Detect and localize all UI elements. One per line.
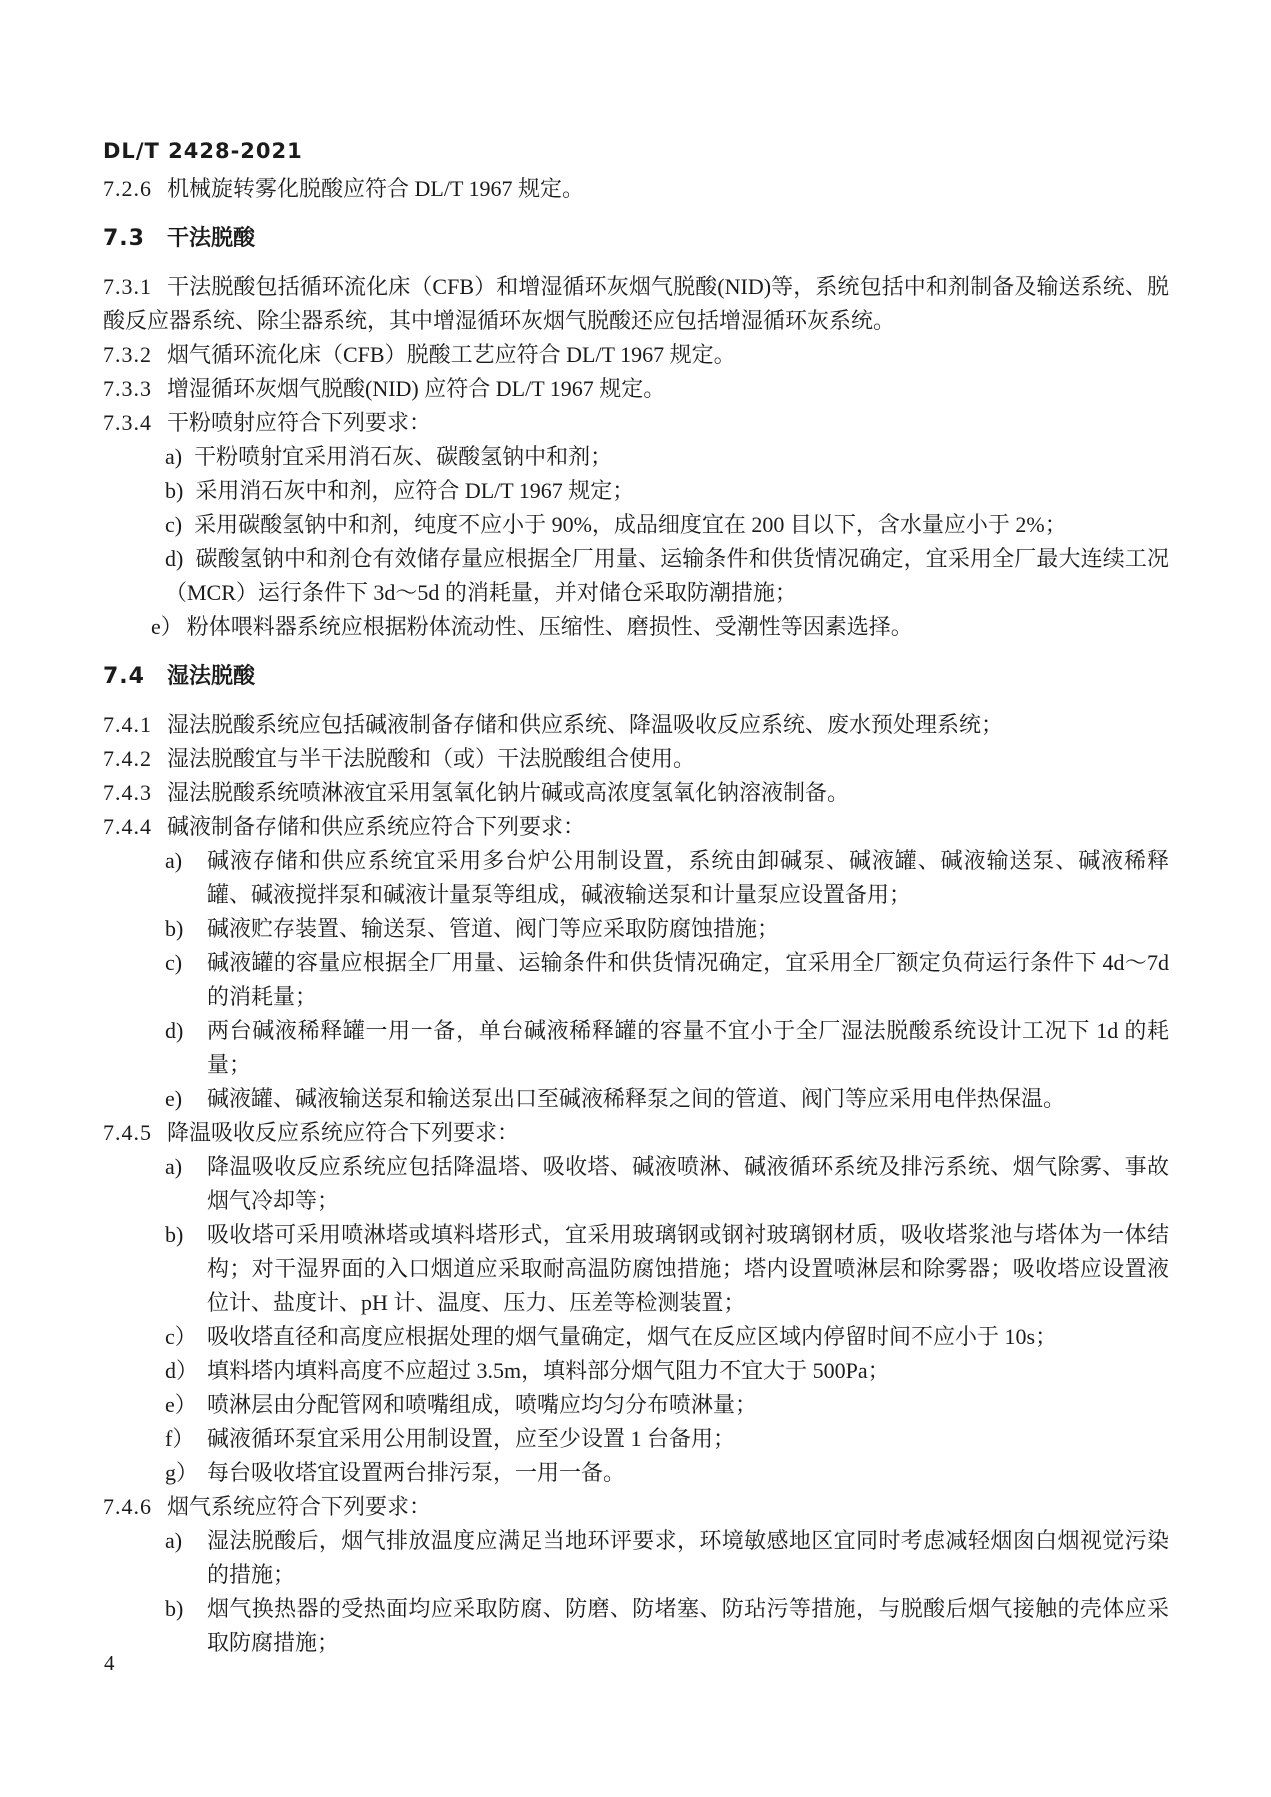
clause-paragraph: 7.3.4干粉喷射应符合下列要求： — [103, 406, 1169, 440]
list-item: e)碱液罐、碱液输送泵和输送泵出口至碱液稀释泵之间的管道、阀门等应采用电伴热保温… — [103, 1082, 1169, 1116]
standard-code: DL/T 2428-2021 — [103, 138, 1169, 164]
list-item: c)采用碳酸氢钠中和剂，纯度不应小于 90%，成品细度宜在 200 目以下，含水… — [103, 508, 1169, 542]
list-item-label: e） — [151, 614, 183, 639]
page-number: 4 — [104, 1650, 115, 1676]
document-body: 7.2.6机械旋转雾化脱酸应符合 DL/T 1967 规定。7.3干法脱酸7.3… — [103, 172, 1169, 1660]
section-title: 干法脱酸 — [167, 226, 255, 251]
list-item-text: 干粉喷射宜采用消石灰、碳酸氢钠中和剂； — [194, 444, 612, 469]
clause-number: 7.2.6 — [103, 172, 167, 206]
list-item-text: 喷淋层由分配管网和喷嘴组成，喷嘴应均匀分布喷淋量； — [207, 1388, 1169, 1422]
list-item-text: 吸收塔直径和高度应根据处理的烟气量确定，烟气在反应区域内停留时间不应小于 10s… — [207, 1320, 1169, 1354]
list-item-text: 每台吸收塔宜设置两台排污泵，一用一备。 — [207, 1456, 1169, 1490]
list-item-label: c) — [165, 946, 207, 1014]
list-item-text: 降温吸收反应系统应包括降温塔、吸收塔、碱液喷淋、碱液循环系统及排污系统、烟气除雾… — [207, 1150, 1169, 1218]
clause-paragraph: 7.3.2烟气循环流化床（CFB）脱酸工艺应符合 DL/T 1967 规定。 — [103, 338, 1169, 372]
list-item-label: a) — [165, 444, 182, 469]
clause-paragraph: 7.3.1干法脱酸包括循环流化床（CFB）和增湿循环灰烟气脱酸(NID)等，系统… — [103, 270, 1169, 338]
clause-paragraph: 7.4.6烟气系统应符合下列要求： — [103, 1490, 1169, 1524]
section-number: 7.4 — [103, 660, 167, 694]
clause-text: 湿法脱酸系统喷淋液宜采用氢氧化钠片碱或高浓度氢氧化钠溶液制备。 — [167, 780, 849, 805]
document-page: DL/T 2428-2021 7.2.6机械旋转雾化脱酸应符合 DL/T 196… — [0, 0, 1271, 1797]
list-item: d）填料塔内填料高度不应超过 3.5m，填料部分烟气阻力不宜大于 500Pa； — [103, 1354, 1169, 1388]
list-item: a)碱液存储和供应系统宜采用多台炉公用制设置，系统由卸碱泵、碱液罐、碱液输送泵、… — [103, 844, 1169, 912]
list-item: a)降温吸收反应系统应包括降温塔、吸收塔、碱液喷淋、碱液循环系统及排污系统、烟气… — [103, 1150, 1169, 1218]
clause-paragraph: 7.4.4碱液制备存储和供应系统应符合下列要求： — [103, 810, 1169, 844]
list-item-text: 湿法脱酸后，烟气排放温度应满足当地环评要求，环境敏感地区宜同时考虑减轻烟囱白烟视… — [207, 1524, 1169, 1592]
clause-number: 7.4.2 — [103, 742, 167, 776]
list-item-text: 碱液存储和供应系统宜采用多台炉公用制设置，系统由卸碱泵、碱液罐、碱液输送泵、碱液… — [207, 844, 1169, 912]
list-item-label: b) — [165, 912, 207, 946]
list-item: c)碱液罐的容量应根据全厂用量、运输条件和供货情况确定，宜采用全厂额定负荷运行条… — [103, 946, 1169, 1014]
clause-paragraph: 7.4.1湿法脱酸系统应包括碱液制备存储和供应系统、降温吸收反应系统、废水预处理… — [103, 708, 1169, 742]
clause-text: 机械旋转雾化脱酸应符合 DL/T 1967 规定。 — [167, 176, 584, 201]
list-item-label: a) — [165, 1524, 207, 1592]
list-item: d)碳酸氢钠中和剂仓有效储存量应根据全厂用量、运输条件和供货情况确定，宜采用全厂… — [103, 542, 1169, 610]
list-item: g）每台吸收塔宜设置两台排污泵，一用一备。 — [103, 1456, 1169, 1490]
list-item-text: 碳酸氢钠中和剂仓有效储存量应根据全厂用量、运输条件和供货情况确定，宜采用全厂最大… — [165, 546, 1169, 605]
list-item-label: d) — [165, 546, 183, 571]
list-item-text: 碱液罐、碱液输送泵和输送泵出口至碱液稀释泵之间的管道、阀门等应采用电伴热保温。 — [207, 1082, 1169, 1116]
clause-number: 7.4.1 — [103, 708, 167, 742]
list-item: a)湿法脱酸后，烟气排放温度应满足当地环评要求，环境敏感地区宜同时考虑减轻烟囱白… — [103, 1524, 1169, 1592]
list-item: c）吸收塔直径和高度应根据处理的烟气量确定，烟气在反应区域内停留时间不应小于 1… — [103, 1320, 1169, 1354]
list-item: f）碱液循环泵宜采用公用制设置，应至少设置 1 台备用； — [103, 1422, 1169, 1456]
list-item-text: 填料塔内填料高度不应超过 3.5m，填料部分烟气阻力不宜大于 500Pa； — [207, 1354, 1169, 1388]
clause-text: 湿法脱酸宜与半干法脱酸和（或）干法脱酸组合使用。 — [167, 746, 695, 771]
list-item-label: a) — [165, 844, 207, 912]
clause-number: 7.3.1 — [103, 270, 167, 304]
list-item: b)采用消石灰中和剂，应符合 DL/T 1967 规定； — [103, 474, 1169, 508]
clause-number: 7.4.3 — [103, 776, 167, 810]
clause-paragraph: 7.2.6机械旋转雾化脱酸应符合 DL/T 1967 规定。 — [103, 172, 1169, 206]
clause-text: 烟气循环流化床（CFB）脱酸工艺应符合 DL/T 1967 规定。 — [167, 342, 736, 367]
list-item-label: b) — [165, 1218, 207, 1320]
document-content: DL/T 2428-2021 7.2.6机械旋转雾化脱酸应符合 DL/T 196… — [103, 138, 1169, 1660]
clause-text: 烟气系统应符合下列要求： — [167, 1494, 431, 1519]
clause-text: 碱液制备存储和供应系统应符合下列要求： — [167, 814, 585, 839]
list-item-label: d） — [165, 1354, 207, 1388]
list-item-text: 采用消石灰中和剂，应符合 DL/T 1967 规定； — [195, 478, 634, 503]
list-item-text: 碱液循环泵宜采用公用制设置，应至少设置 1 台备用； — [207, 1422, 1169, 1456]
list-item-label: g） — [165, 1456, 207, 1490]
clause-number: 7.4.6 — [103, 1490, 167, 1524]
clause-paragraph: 7.4.2湿法脱酸宜与半干法脱酸和（或）干法脱酸组合使用。 — [103, 742, 1169, 776]
clause-text: 增湿循环灰烟气脱酸(NID) 应符合 DL/T 1967 规定。 — [167, 376, 665, 401]
list-item-label: c) — [165, 512, 182, 537]
list-item: e）粉体喂料器系统应根据粉体流动性、压缩性、磨损性、受潮性等因素选择。 — [103, 610, 1169, 644]
clause-paragraph: 7.4.3湿法脱酸系统喷淋液宜采用氢氧化钠片碱或高浓度氢氧化钠溶液制备。 — [103, 776, 1169, 810]
list-item-label: c） — [165, 1320, 207, 1354]
clause-number: 7.4.4 — [103, 810, 167, 844]
clause-text: 干法脱酸包括循环流化床（CFB）和增湿循环灰烟气脱酸(NID)等，系统包括中和剂… — [103, 274, 1169, 333]
list-item-label: f） — [165, 1422, 207, 1456]
list-item-label: d) — [165, 1014, 207, 1082]
list-item-label: e) — [165, 1082, 207, 1116]
list-item-text: 采用碳酸氢钠中和剂，纯度不应小于 90%，成品细度宜在 200 目以下，含水量应… — [194, 512, 1067, 537]
clause-text: 干粉喷射应符合下列要求： — [167, 410, 431, 435]
list-item: e）喷淋层由分配管网和喷嘴组成，喷嘴应均匀分布喷淋量； — [103, 1388, 1169, 1422]
list-item-label: b) — [165, 478, 183, 503]
clause-text: 降温吸收反应系统应符合下列要求： — [167, 1120, 519, 1145]
clause-number: 7.4.5 — [103, 1116, 167, 1150]
section-title: 湿法脱酸 — [167, 664, 255, 689]
list-item: a)干粉喷射宜采用消石灰、碳酸氢钠中和剂； — [103, 440, 1169, 474]
clause-number: 7.3.3 — [103, 372, 167, 406]
clause-text: 湿法脱酸系统应包括碱液制备存储和供应系统、降温吸收反应系统、废水预处理系统； — [167, 712, 1003, 737]
list-item: d)两台碱液稀释罐一用一备，单台碱液稀释罐的容量不宜小于全厂湿法脱酸系统设计工况… — [103, 1014, 1169, 1082]
section-heading: 7.3干法脱酸 — [103, 222, 1169, 256]
clause-number: 7.3.4 — [103, 406, 167, 440]
list-item: b)烟气换热器的受热面均应采取防腐、防磨、防堵塞、防玷污等措施，与脱酸后烟气接触… — [103, 1592, 1169, 1660]
list-item-text: 碱液罐的容量应根据全厂用量、运输条件和供货情况确定，宜采用全厂额定负荷运行条件下… — [207, 946, 1169, 1014]
list-item-label: b) — [165, 1592, 207, 1660]
list-item-text: 粉体喂料器系统应根据粉体流动性、压缩性、磨损性、受潮性等因素选择。 — [187, 614, 913, 639]
list-item-text: 吸收塔可采用喷淋塔或填料塔形式，宜采用玻璃钢或钢衬玻璃钢材质，吸收塔浆池与塔体为… — [207, 1218, 1169, 1320]
section-number: 7.3 — [103, 222, 167, 256]
clause-number: 7.3.2 — [103, 338, 167, 372]
list-item-label: a) — [165, 1150, 207, 1218]
list-item: b)碱液贮存装置、输送泵、管道、阀门等应采取防腐蚀措施； — [103, 912, 1169, 946]
list-item: b)吸收塔可采用喷淋塔或填料塔形式，宜采用玻璃钢或钢衬玻璃钢材质，吸收塔浆池与塔… — [103, 1218, 1169, 1320]
list-item-text: 两台碱液稀释罐一用一备，单台碱液稀释罐的容量不宜小于全厂湿法脱酸系统设计工况下 … — [207, 1014, 1169, 1082]
clause-paragraph: 7.3.3增湿循环灰烟气脱酸(NID) 应符合 DL/T 1967 规定。 — [103, 372, 1169, 406]
list-item-text: 碱液贮存装置、输送泵、管道、阀门等应采取防腐蚀措施； — [207, 912, 1169, 946]
section-heading: 7.4湿法脱酸 — [103, 660, 1169, 694]
list-item-text: 烟气换热器的受热面均应采取防腐、防磨、防堵塞、防玷污等措施，与脱酸后烟气接触的壳… — [207, 1592, 1169, 1660]
list-item-label: e） — [165, 1388, 207, 1422]
clause-paragraph: 7.4.5降温吸收反应系统应符合下列要求： — [103, 1116, 1169, 1150]
